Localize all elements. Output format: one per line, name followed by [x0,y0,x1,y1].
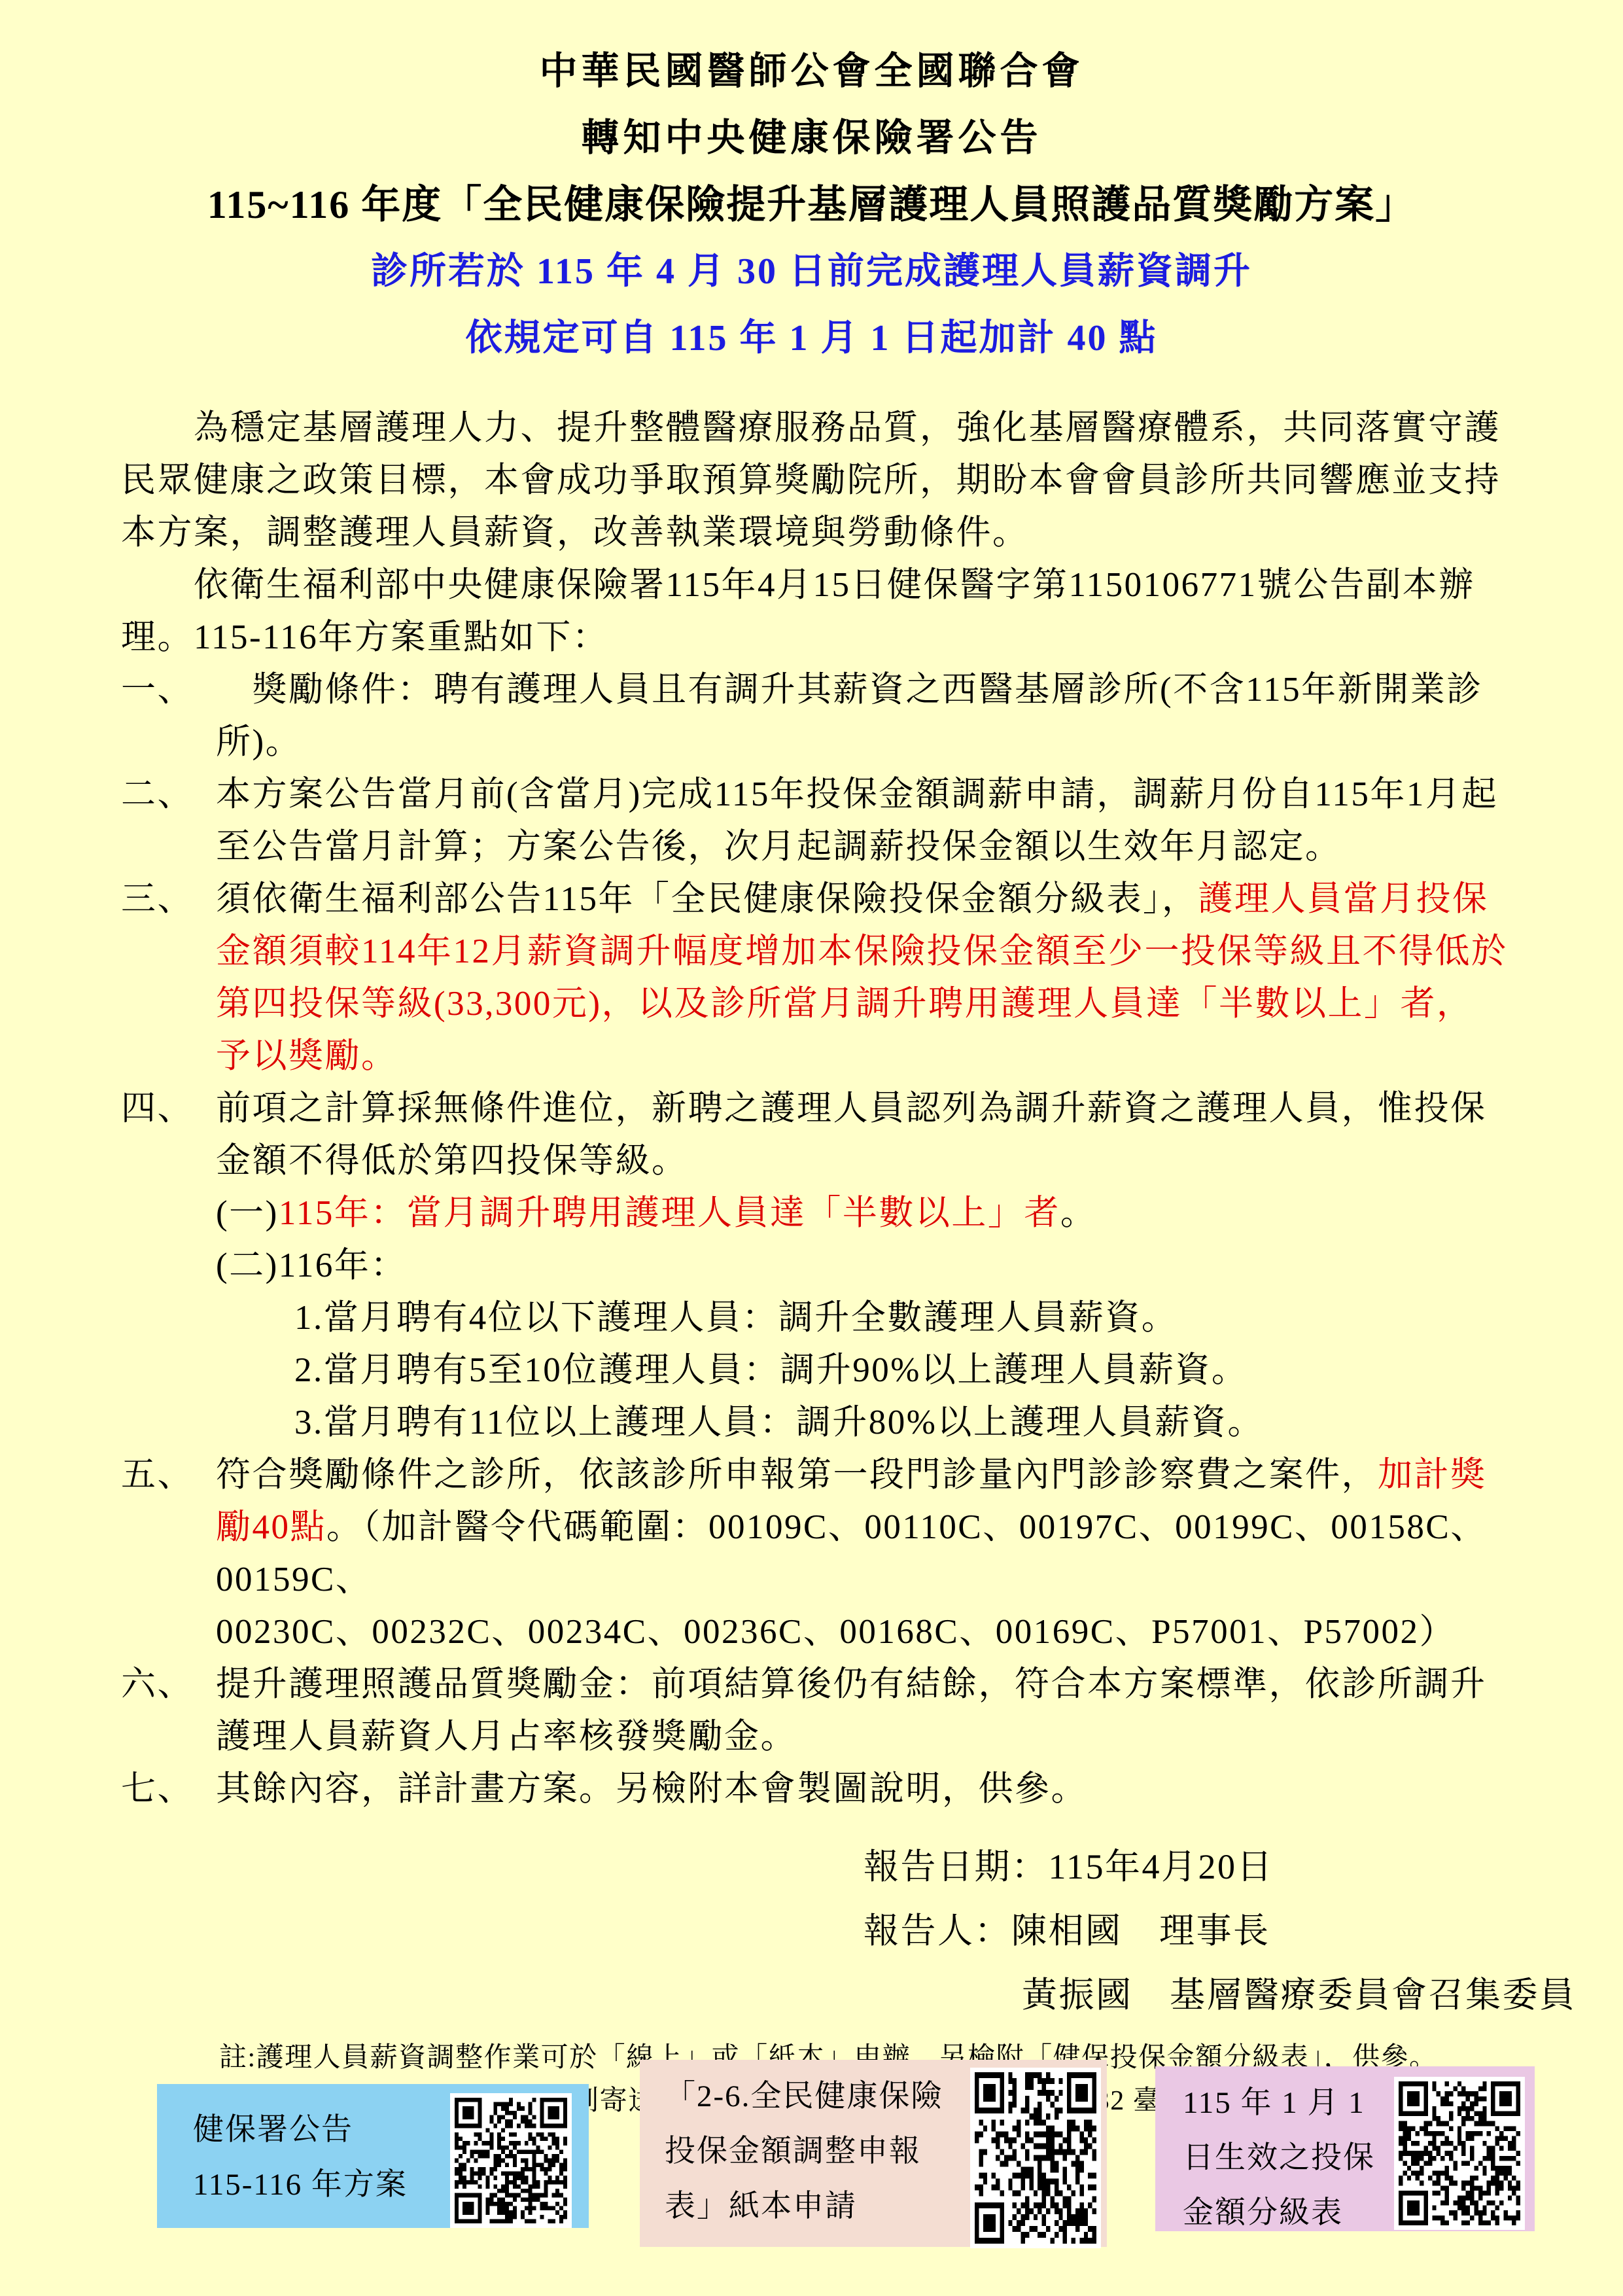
qr-code-backing [450,2093,572,2228]
notice-subtitle: 轉知中央健康保險署公告 [0,105,1623,171]
text-run: 115年：當月調升聘用護理人員達「半數以上」者 [279,1194,1060,1232]
key-points-list: 一、 獎勵條件：聘有護理人員且有調升其薪資之西醫基層診所(不含115年新開業診 … [121,663,1584,1815]
qr-code-nhia-announcement [455,2098,567,2223]
qr-info-box: 115 年 1 月 1 日生效之投保 金額分級表 [1155,2066,1535,2231]
item-marker: 七、 [121,1763,216,1815]
key-point-item: 七、其餘內容，詳計畫方案。另檢附本會製圖說明，供參。 [121,1763,1584,1815]
sub-item: (二)116年： [216,1239,1584,1292]
legal-basis-paragraph: 依衛生福利部中央健康保險署115年4月15日健保醫字第1150106771號公告… [121,559,1584,663]
text-run: 獎勵條件：聘有護理人員且有調升其薪資之西醫基層診所(不含115年新開業診 所)。 [216,671,1483,761]
highlight-line-1: 診所若於 115 年 4 月 30 日前完成護理人員薪資調升 [0,238,1623,305]
qr-box-label: 「2-6.全民健康保險 投保金額調整申報 表」紙本申請 [665,2069,943,2234]
text-run: 1.當月聘有4位以下護理人員：調升全數護理人員薪資。 [294,1299,1178,1337]
qr-box-label: 健保署公告 115-116 年方案 [193,2102,408,2212]
item-text: 本方案公告當月前(含當月)完成115年投保金額調薪申請，調薪月份自115年1月起… [216,768,1584,873]
key-point-item: 一、 獎勵條件：聘有護理人員且有調升其薪資之西醫基層診所(不含115年新開業診 … [121,663,1584,768]
key-point-item: 二、本方案公告當月前(含當月)完成115年投保金額調薪申請，調薪月份自115年1… [121,768,1584,873]
qr-box-label: 115 年 1 月 1 日生效之投保 金額分級表 [1183,2075,1375,2240]
text-run: 提升護理照護品質獎勵金：前項結算後仍有結餘，符合本方案標準，依診所調升 護理人員… [216,1665,1487,1756]
item-marker: 二、 [121,768,216,873]
text-run: 3.當月聘有11位以上護理人員：調升80%以上護理人員薪資。 [294,1404,1264,1441]
key-point-item: 四、前項之計算採無條件進位，新聘之護理人員認列為調升薪資之護理人員，惟投保 金額… [121,1082,1584,1187]
program-title: 115~116 年度「全民健康保險提升基層護理人員照護品質獎勵方案」 [0,171,1623,238]
item-text: 符合獎勵條件之診所，依該診所申報第一段門診量內門診診察費之案件，加計獎 勵40點… [216,1449,1584,1658]
text-run: (二)116年： [216,1246,407,1284]
qr-code-backing [970,2068,1101,2248]
item-marker: 四、 [121,1082,216,1187]
numbered-sub-item: 3.當月聘有11位以上護理人員：調升80%以上護理人員薪資。 [294,1396,1584,1449]
text-run: 本方案公告當月前(含當月)完成115年投保金額調薪申請，調薪月份自115年1月起… [216,775,1498,866]
item-text: 其餘內容，詳計畫方案。另檢附本會製圖說明，供參。 [216,1763,1584,1815]
qr-code-paper-application-form [975,2072,1096,2244]
org-title: 中華民國醫師公會全國聯合會 [0,38,1623,105]
qr-code-backing [1394,2077,1525,2230]
qr-info-box: 「2-6.全民健康保險 投保金額調整申報 表」紙本申請 [640,2060,1107,2247]
item-marker: 一、 [121,663,216,768]
item-marker: 三、 [121,873,216,1082]
report-date: 報告日期：115年4月20日 [864,1835,1584,1899]
key-point-item: 五、符合獎勵條件之診所，依該診所申報第一段門診量內門診診察費之案件，加計獎 勵4… [121,1449,1584,1658]
report-person: 報告人：陳相國 理事長 [864,1899,1584,1963]
highlight-line-2: 依規定可自 115 年 1 月 1 日起加計 40 點 [0,305,1623,372]
document-header: 中華民國醫師公會全國聯合會 轉知中央健康保險署公告 115~116 年度「全民健… [0,0,1623,372]
text-run: 其餘內容，詳計畫方案。另檢附本會製圖說明，供參。 [216,1770,1087,1808]
qr-code-insured-amount-table [1399,2081,1520,2225]
text-run: (一) [216,1194,279,1232]
numbered-sub-item: 2.當月聘有5至10位護理人員：調升90%以上護理人員薪資。 [294,1344,1584,1396]
numbered-sub-item: 1.當月聘有4位以下護理人員：調升全數護理人員薪資。 [294,1292,1584,1344]
qr-code-row: 健保署公告 115-116 年方案「2-6.全民健康保險 投保金額調整申報 表」… [0,2060,1623,2282]
qr-info-box: 健保署公告 115-116 年方案 [157,2084,589,2228]
announcement-document: 中華民國醫師公會全國聯合會 轉知中央健康保險署公告 115~116 年度「全民健… [0,0,1623,2296]
text-run: 。（加計醫令代碼範圍：00109C、00110C、00197C、00199C、0… [216,1508,1487,1651]
text-run: 2.當月聘有5至10位護理人員：調升90%以上護理人員薪資。 [294,1351,1248,1389]
document-body: 為穩定基層護理人力、提升整體醫療服務品質，強化基層醫療體系，共同落實守護 民眾健… [121,402,1584,2166]
text-run: 須依衛生福利部公告115年「全民健康保險投保金額分級表」， [216,880,1198,918]
key-point-item: 三、須依衛生福利部公告115年「全民健康保險投保金額分級表」，護理人員當月投保 … [121,873,1584,1082]
sub-item: (一)115年：當月調升聘用護理人員達「半數以上」者。 [216,1187,1584,1239]
text-run: 符合獎勵條件之診所，依該診所申報第一段門診量內門診診察費之案件， [216,1456,1378,1494]
item-text: 前項之計算採無條件進位，新聘之護理人員認列為調升薪資之護理人員，惟投保 金額不得… [216,1082,1584,1187]
intro-paragraph: 為穩定基層護理人力、提升整體醫療服務品質，強化基層醫療體系，共同落實守護 民眾健… [121,402,1584,559]
report-cochair: 黃振國 基層醫療委員會召集委員 [1022,1963,1584,2027]
item-text: 提升護理照護品質獎勵金：前項結算後仍有結餘，符合本方案標準，依診所調升 護理人員… [216,1658,1584,1763]
text-run: 前項之計算採無條件進位，新聘之護理人員認列為調升薪資之護理人員，惟投保 金額不得… [216,1089,1487,1180]
item-text: 獎勵條件：聘有護理人員且有調升其薪資之西醫基層診所(不含115年新開業診 所)。 [216,663,1584,768]
item-marker: 五、 [121,1449,216,1658]
item-text: 須依衛生福利部公告115年「全民健康保險投保金額分級表」，護理人員當月投保 金額… [216,873,1584,1082]
text-run: 。 [1060,1194,1097,1232]
item-marker: 六、 [121,1658,216,1763]
report-block: 報告日期：115年4月20日 報告人：陳相國 理事長 黃振國 基層醫療委員會召集… [864,1835,1584,2027]
key-point-item: 六、提升護理照護品質獎勵金：前項結算後仍有結餘，符合本方案標準，依診所調升 護理… [121,1658,1584,1763]
